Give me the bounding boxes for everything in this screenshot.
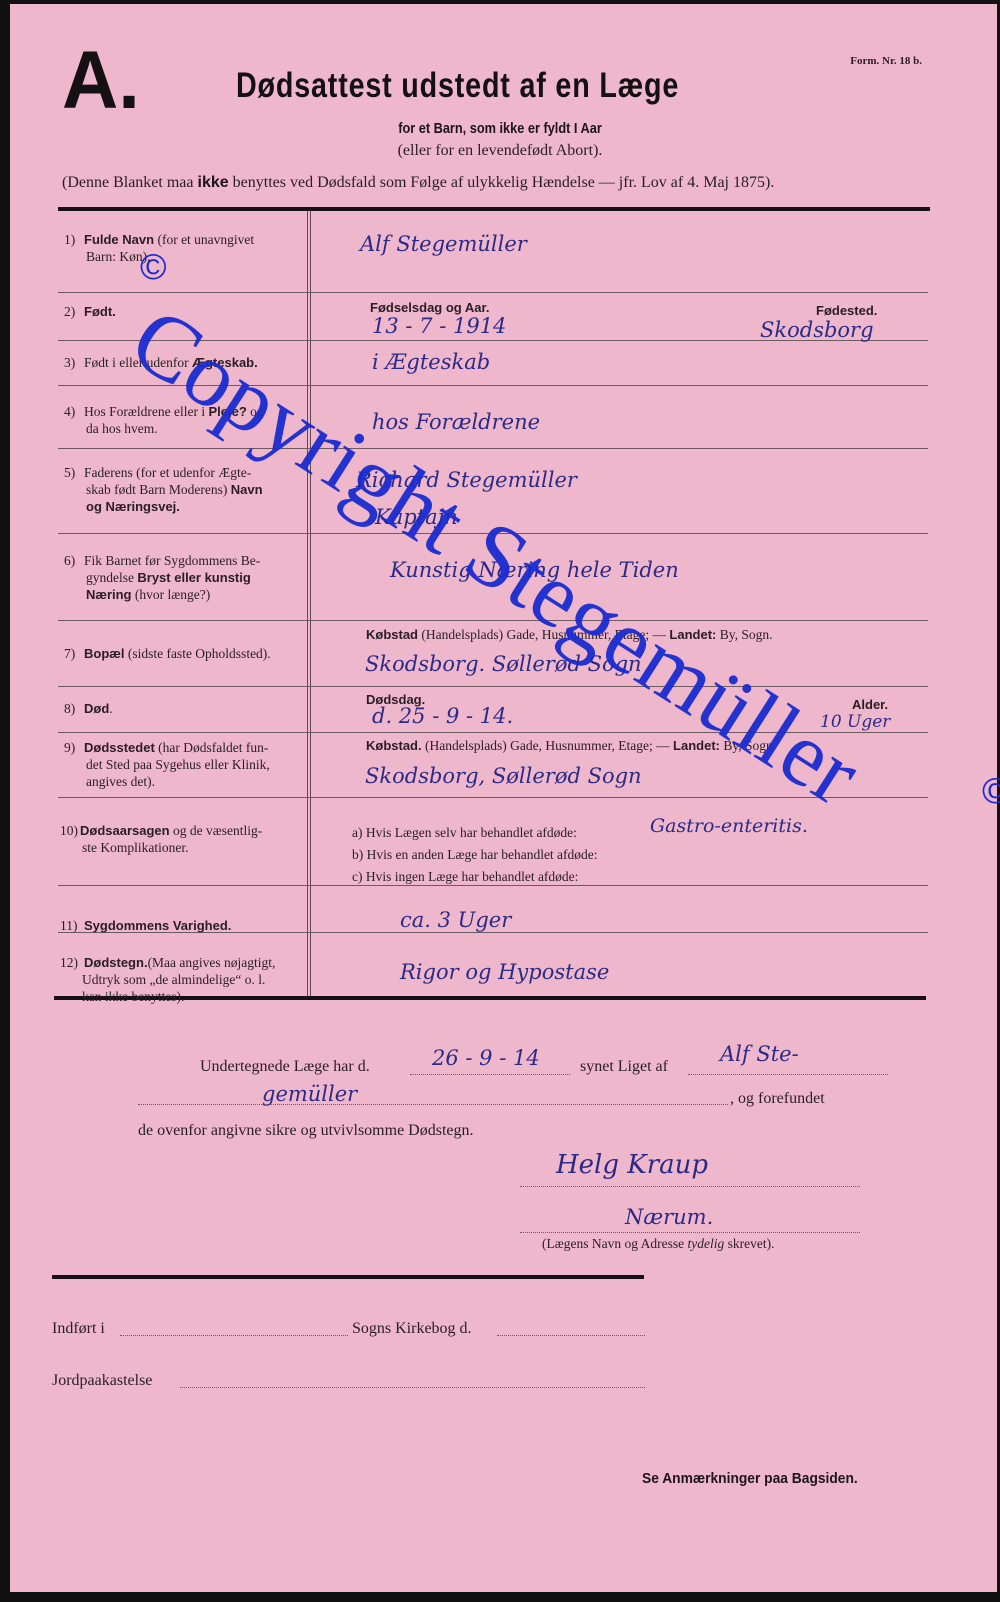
cert-line-1-mid: synet Liget af (580, 1058, 668, 1076)
document-title: Dødsattest udstedt af en Læge (236, 66, 679, 106)
doctor-address[interactable]: Nærum. (625, 1205, 713, 1229)
usage-notice: (Denne Blanket maa ikke benyttes ved Død… (62, 174, 774, 192)
row-11-label: 11)Sygdommens Varighed. (60, 917, 231, 934)
row-10-label: 10)Dødsaarsagen og de væsentlig- ste Kom… (60, 822, 304, 856)
row-9-label: 9)Dødsstedet (har Dødsfaldet fun- det St… (64, 739, 304, 790)
death-date-value[interactable]: d. 25 - 9 - 14. (372, 704, 513, 728)
column-divider (307, 211, 308, 998)
row-separator (58, 885, 928, 886)
inspection-date-value[interactable]: 26 - 9 - 14 (432, 1046, 540, 1070)
burial-label: Jordpaakastelse (52, 1372, 152, 1390)
back-side-note: Se Anmærkninger paa Bagsiden. (642, 1470, 858, 1487)
row-8-label: 8)Død. (64, 700, 113, 717)
copyright-symbol-icon: © (982, 770, 1000, 812)
cert-line-2-suffix: , og forefundet (730, 1090, 825, 1108)
row-1-label: 1)Fulde Navn (for et unavngivet Barn: Kø… (64, 231, 304, 265)
name-dotted-line-2 (138, 1104, 728, 1105)
burial-field[interactable] (180, 1387, 645, 1388)
death-place-value[interactable]: Skodsborg, Søllerød Sogn (365, 764, 642, 788)
deceased-name-part-1[interactable]: Alf Ste- (720, 1042, 799, 1066)
date-dotted-line (410, 1074, 570, 1075)
entered-in-label: Indført i (52, 1320, 105, 1338)
cause-option-c: c) Hvis ingen Læge har behandlet afdøde: (352, 869, 578, 885)
registry-rule (52, 1275, 644, 1279)
row-1-full-name-value[interactable]: Alf Stegemüller (360, 232, 527, 256)
birthplace-header: Fødested. (816, 303, 877, 319)
parish-register-date-field[interactable] (497, 1335, 645, 1336)
row-2-label: 2)Født. (64, 303, 116, 320)
cert-line-3: de ovenfor angivne sikre og utvivlsomme … (138, 1122, 474, 1140)
name-dotted-line-1 (688, 1074, 888, 1075)
cause-option-a: a) Hvis Lægen selv har behandlet afdøde: (352, 825, 577, 841)
birthplace-value[interactable]: Skodsborg (760, 318, 874, 342)
entered-in-field[interactable] (120, 1335, 348, 1336)
address-dotted-line (520, 1232, 860, 1233)
signature-caption: (Lægens Navn og Adresse tydelig skrevet)… (542, 1236, 774, 1252)
cause-of-death-value[interactable]: Gastro-enteritis. (650, 815, 808, 837)
row-3-marital-value[interactable]: i Ægteskab (372, 350, 490, 374)
deceased-name-part-2[interactable]: gemüller (262, 1082, 357, 1106)
signature-dotted-line (520, 1186, 860, 1187)
parish-register-label: Sogns Kirkebog d. (352, 1320, 472, 1338)
cert-line-1-prefix: Undertegnede Læge har d. (200, 1058, 370, 1076)
copyright-symbol-icon: © (140, 246, 167, 288)
form-number: Form. Nr. 18 b. (850, 55, 922, 67)
form-letter: A. (62, 40, 140, 122)
birth-date-value[interactable]: 13 - 7 - 1914 (372, 314, 506, 338)
row-7-label: 7)Bopæl (sidste faste Opholdssted). (64, 645, 271, 662)
row-separator (58, 292, 928, 293)
row-separator (58, 620, 928, 621)
row-12-label: 12)Dødstegn.(Maa angives nøjagtigt, Udtr… (60, 954, 310, 1005)
subtitle-1: for et Barn, som ikke er fyldt I Aar (75, 120, 925, 137)
illness-duration-value[interactable]: ca. 3 Uger (400, 908, 511, 932)
doctor-signature[interactable]: Helg Kraup (556, 1150, 708, 1180)
death-signs-value[interactable]: Rigor og Hypostase (400, 960, 609, 984)
table-top-rule (58, 207, 930, 211)
column-divider-inner (310, 211, 311, 998)
subtitle-2: (eller for en levendefødt Abort). (0, 142, 1000, 160)
row-6-label: 6)Fik Barnet før Sygdommens Be- gyndelse… (64, 552, 304, 603)
row-separator (58, 448, 928, 449)
age-header: Alder. (852, 697, 888, 713)
cause-option-b: b) Hvis en anden Læge har behandlet afdø… (352, 847, 598, 863)
